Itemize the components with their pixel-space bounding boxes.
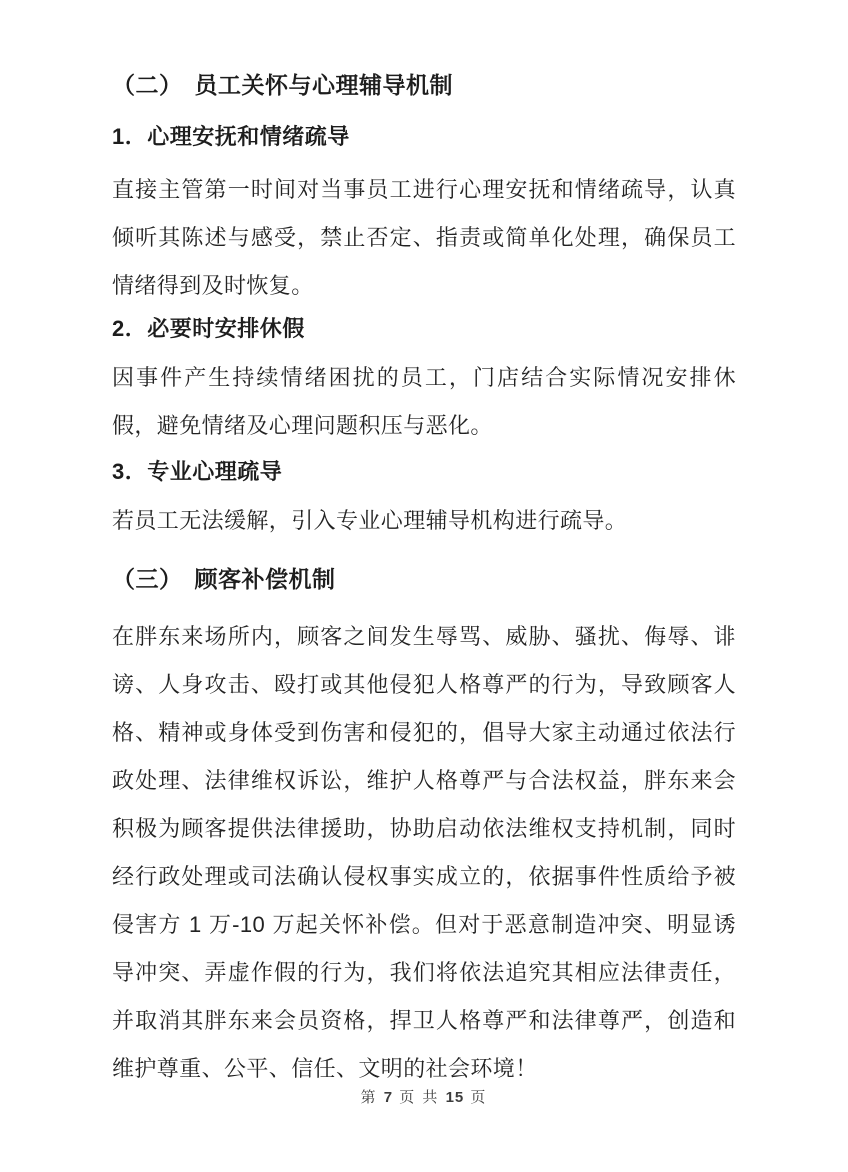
paragraph-psych-comfort: 直接主管第一时间对当事员工进行心理安抚和情绪疏导，认真倾听其陈述与感受，禁止否定… <box>112 166 736 310</box>
footer-label-infix: 页 共 <box>393 1089 446 1106</box>
section-heading-employee-care: （二） 员工关怀与心理辅导机制 <box>112 70 736 100</box>
subheading-psych-comfort: 1．心理安抚和情绪疏导 <box>112 122 736 152</box>
page-footer: 第 7 页 共 15 页 <box>0 1088 848 1108</box>
paragraph-customer-compensation: 在胖东来场所内，顾客之间发生辱骂、威胁、骚扰、侮辱、诽谤、人身攻击、殴打或其他侵… <box>112 613 736 1093</box>
subheading-professional-counseling: 3．专业心理疏导 <box>112 457 736 487</box>
footer-label-suffix: 页 <box>464 1089 487 1106</box>
document-page: （二） 员工关怀与心理辅导机制 1．心理安抚和情绪疏导 直接主管第一时间对当事员… <box>0 0 848 1172</box>
document-content: （二） 员工关怀与心理辅导机制 1．心理安抚和情绪疏导 直接主管第一时间对当事员… <box>0 0 848 1093</box>
section-heading-customer-compensation: （三） 顾客补偿机制 <box>112 564 736 594</box>
subheading-arrange-leave: 2．必要时安排休假 <box>112 314 736 344</box>
paragraph-arrange-leave: 因事件产生持续情绪困扰的员工，门店结合实际情况安排休假，避免情绪及心理问题积压与… <box>112 354 736 450</box>
paragraph-professional-counseling: 若员工无法缓解，引入专业心理辅导机构进行疏导。 <box>112 497 736 545</box>
footer-total-pages-number: 15 <box>446 1089 465 1106</box>
footer-current-page-number: 7 <box>384 1089 393 1106</box>
footer-label-prefix: 第 <box>361 1089 384 1106</box>
